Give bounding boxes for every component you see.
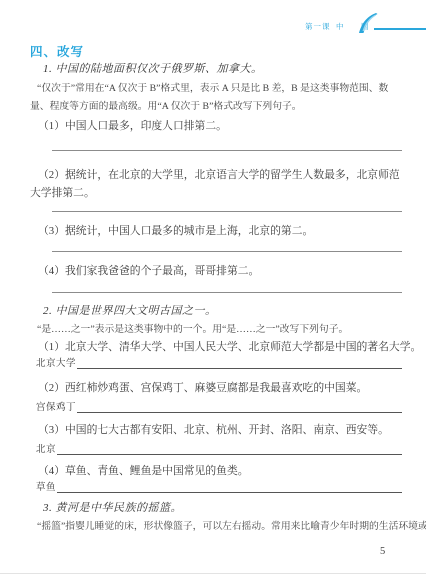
brush-stroke-icon <box>352 12 378 39</box>
exercise-1-item-3: （3）据统计，中国人口最多的城市是上海，北京的第二。 <box>30 222 313 240</box>
page-number: 5 <box>380 546 385 557</box>
exercise-3-sentence: 3. 黄河是中华民族的摇篮。 <box>30 500 182 517</box>
header-rule <box>374 28 426 30</box>
answer-label: 宫保鸡丁 <box>36 399 76 413</box>
exercise-2-item-2: （2）西红柿炒鸡蛋、宫保鸡丁、麻婆豆腐都是我最喜欢吃的中国菜。 <box>30 379 367 397</box>
answer-row: 草鱼 <box>36 480 402 493</box>
answer-row: 北京 <box>36 442 402 455</box>
answer-blank-line <box>77 410 402 413</box>
answer-blank-line <box>77 366 402 369</box>
exercise-2-explanation: “是……之一”表示是这类事物中的一个。用“是……之一”改写下列句子。 <box>30 321 348 339</box>
page-header: 第一课 中 国 <box>300 12 426 34</box>
answer-label: 北京大学 <box>36 355 76 369</box>
answer-blank-rule <box>52 251 402 252</box>
exercise-2-item-1: （1）北京大学、清华大学、中国人民大学、北京师范大学都是中国的著名大学。 <box>30 338 421 356</box>
answer-blank-rule <box>52 292 402 293</box>
answer-blank-rule <box>52 150 402 151</box>
exercise-1-item-4: （4）我们家我爸爸的个子最高，哥哥排第二。 <box>30 262 259 280</box>
answer-blank-rule <box>52 211 402 212</box>
workbook-page: 第一课 中 国 四、改写 1. 中国的陆地面积仅次于俄罗斯、加拿大。 “仅次于”… <box>0 0 426 581</box>
exercise-3-explanation: “摇篮”指婴儿睡觉的床，形状像篮子，可以左右摇动。常用来比喻青少年时期的生活环境… <box>30 518 426 536</box>
lesson-label: 第一课 <box>305 21 331 32</box>
exercise-2-item-4: （4）草鱼、青鱼、鲤鱼是中国常见的鱼类。 <box>30 462 249 480</box>
exercise-1-explanation: “仅次于”常用在“A 仅次于 B”格式里，表示 A 只是比 B 差，B 是这类事… <box>30 80 404 115</box>
exercise-2-sentence: 2. 中国是世界四大文明古国之一。 <box>30 303 217 320</box>
exercise-2-item-3: （3）中国的七大古都有安阳、北京、杭州、开封、洛阳、南京、西安等。 <box>30 421 389 439</box>
answer-blank-line <box>57 452 402 455</box>
exercise-1-sentence: 1. 中国的陆地面积仅次于俄罗斯、加拿大。 <box>30 61 263 78</box>
answer-row: 北京大学 <box>36 356 402 369</box>
page-edge-shadow <box>0 573 426 574</box>
exercise-1-item-1: （1）中国人口最多，印度人口排第二。 <box>30 117 227 135</box>
exercise-1-item-2: （2）据统计，在北京的大学里，北京语言大学的留学生人数最多，北京师范大学排第二。 <box>30 166 404 202</box>
answer-blank-line <box>57 490 402 493</box>
section-heading: 四、改写 <box>30 42 84 60</box>
answer-label: 草鱼 <box>36 479 56 493</box>
answer-row: 宫保鸡丁 <box>36 400 402 413</box>
answer-label: 北京 <box>36 441 56 455</box>
